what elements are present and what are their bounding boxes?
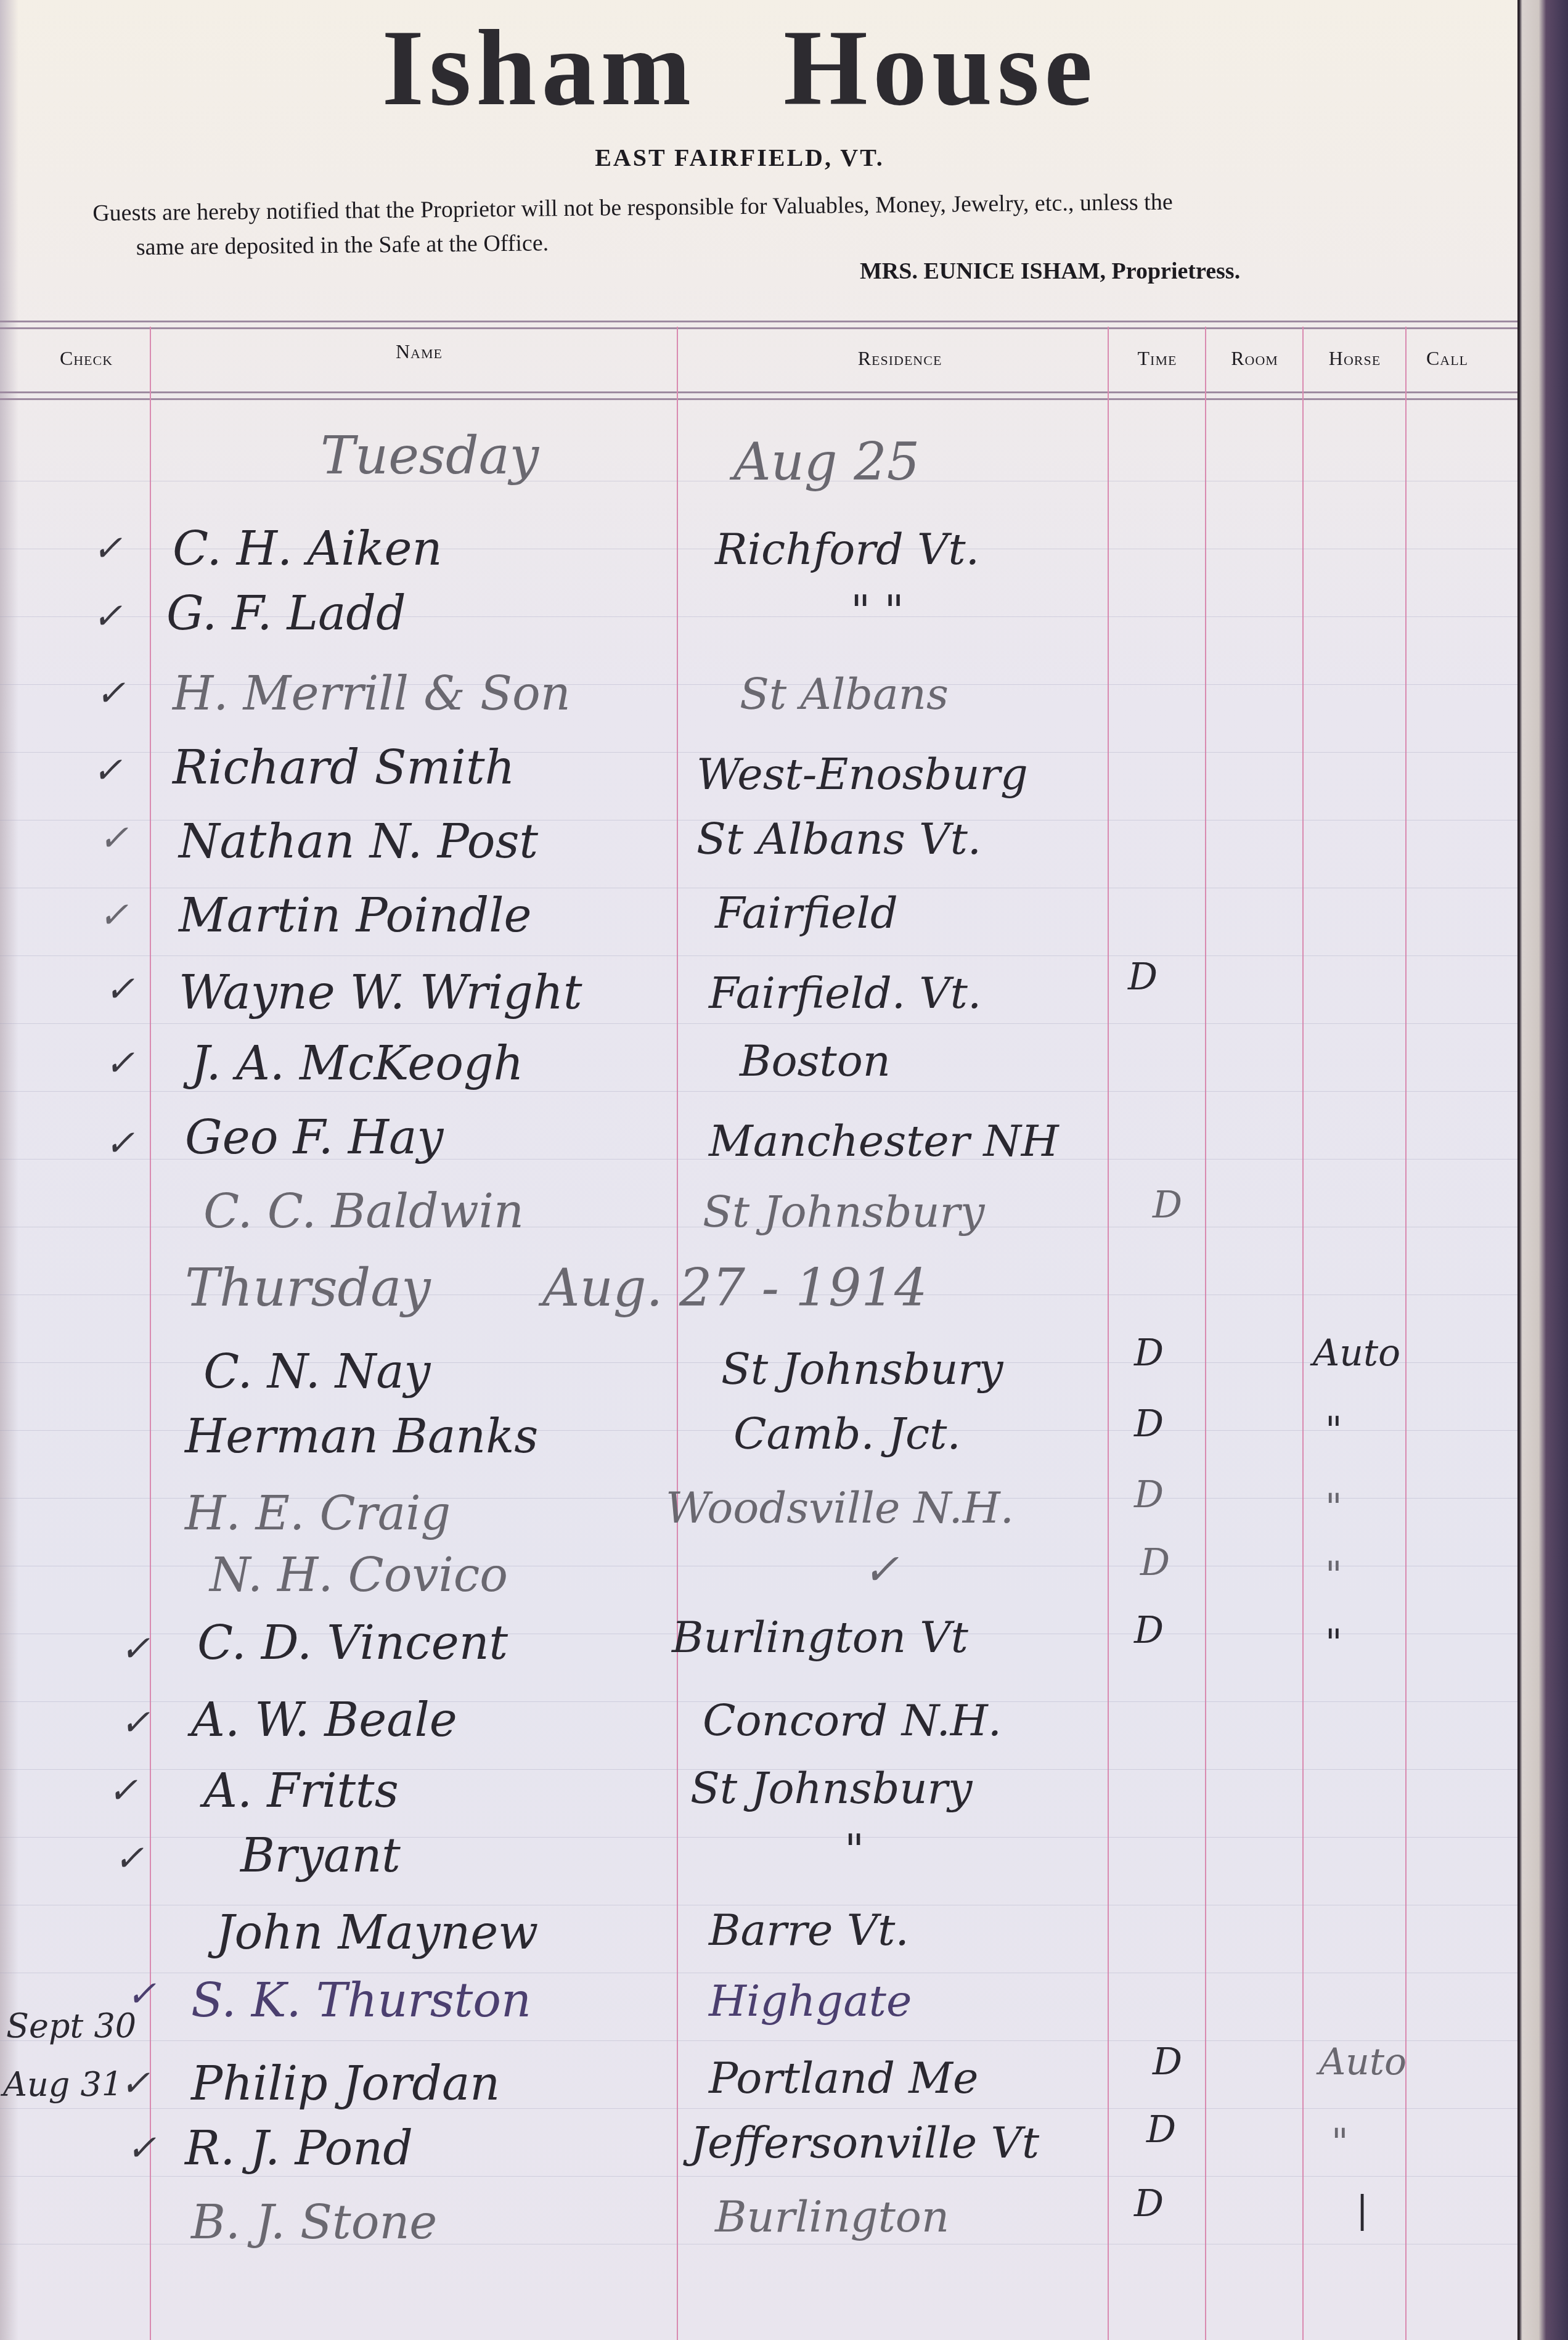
register-page: Isham House EAST FAIRFIELD, VT. Guests a… [0, 0, 1522, 2340]
guest-time: D [1134, 1609, 1164, 1652]
check-mark: ✓ [105, 1122, 135, 1164]
guest-name: C. N. Nay [203, 1344, 430, 1399]
ruled-line [0, 1837, 1519, 1838]
date-heading-day: Thursday [185, 1258, 431, 1318]
check-mark: ✓ [120, 1701, 150, 1743]
column-header-horse: Horse [1304, 347, 1405, 370]
guest-name: Philip Jordan [191, 2056, 500, 2111]
margin-note-sept: Sept 30 [6, 2007, 136, 2045]
check-mark: ✓ [108, 1769, 138, 1811]
guest-name: J. A. McKeogh [191, 1036, 524, 1090]
date-heading-date: Aug 25 [733, 432, 920, 492]
guest-name: C. D. Vincent [197, 1615, 508, 1670]
guest-time: D [1140, 1541, 1170, 1584]
check-mark: ✓ [96, 672, 126, 714]
guest-time: D [1134, 1332, 1164, 1375]
guest-residence: St Johnsbury [703, 1187, 985, 1237]
check-mark: ✓ [92, 527, 123, 569]
ruled-line [0, 2040, 1519, 2041]
guest-name: Richard Smith [173, 740, 515, 795]
guest-call: " [1325, 1486, 1342, 1529]
guest-name: H. Merrill & Son [173, 666, 571, 721]
date-heading-day: Tuesday [321, 425, 539, 486]
guest-residence: Manchester NH [709, 1116, 1059, 1166]
ruled-line [0, 955, 1519, 956]
guest-call: " [1325, 1409, 1342, 1452]
guest-call: Auto [1319, 2040, 1407, 2084]
guest-name: S. K. Thurston [191, 1973, 531, 2027]
guest-residence: Fairfield [715, 888, 898, 938]
guest-name: Bryant [240, 1828, 401, 1883]
guest-time: D [1146, 2108, 1176, 2151]
guest-residence: St Johnsbury [721, 1344, 1003, 1394]
col-divider-residence [1108, 327, 1109, 2340]
guest-time: D [1128, 955, 1158, 999]
guest-name: Geo F. Hay [185, 1110, 443, 1164]
guest-name: A. Fritts [203, 1763, 399, 1818]
guest-residence: St Albans Vt. [696, 814, 981, 864]
guest-residence: " " [851, 586, 904, 636]
guest-residence: West-Enosburg [696, 749, 1028, 800]
guest-call: " [1325, 1621, 1342, 1664]
margin-note-aug: Aug 31 [3, 2065, 123, 2104]
liability-notice: Guests are hereby notified that the Prop… [92, 182, 1418, 265]
col-divider-room [1302, 327, 1304, 2340]
guest-call: Auto [1313, 1332, 1400, 1375]
guest-name: B. J. Stone [191, 2195, 437, 2249]
column-header-time: Time [1109, 347, 1205, 370]
guest-time: D [1153, 1184, 1182, 1227]
notice-line-1: Guests are hereby notified that the Prop… [92, 189, 1173, 226]
proprietor-role: Proprietress. [1112, 258, 1241, 284]
guest-name: Herman Banks [185, 1409, 538, 1463]
guest-time: D [1153, 2040, 1182, 2084]
guest-residence: St Johnsbury [690, 1763, 973, 1814]
column-header-name: Name [345, 340, 493, 363]
col-divider-horse [1405, 327, 1407, 2340]
guest-name: Wayne W. Wright [179, 965, 582, 1020]
guest-name: John Maynew [216, 1905, 538, 1960]
ruled-line [0, 1091, 1519, 1092]
guest-residence: Burlington [715, 2191, 949, 2242]
guest-name: N. H. Covico [210, 1547, 508, 1602]
guest-residence: Barre Vt. [709, 1905, 909, 1955]
guest-residence: ✓ [863, 1544, 899, 1595]
header-rule-top [0, 321, 1519, 329]
guest-time: D [1134, 1473, 1164, 1516]
guest-name: Nathan N. Post [179, 814, 538, 869]
column-header-residence: Residence [801, 347, 998, 370]
guest-residence: Burlington Vt [672, 1612, 968, 1663]
ruled-line [0, 1023, 1519, 1024]
column-header-call: Call [1407, 347, 1487, 370]
guest-name: C. H. Aiken [173, 521, 443, 576]
check-mark: ✓ [120, 2062, 150, 2104]
proprietor-name: MRS. EUNICE ISHAM, [860, 258, 1106, 284]
guest-time: D [1134, 1402, 1164, 1446]
check-mark: ✓ [99, 817, 129, 859]
check-mark: ✓ [99, 894, 129, 936]
guest-residence: Portland Me [709, 2053, 978, 2103]
check-mark: ✓ [92, 595, 123, 637]
date-heading-date: Aug. 27 - 1914 [542, 1258, 927, 1318]
check-mark: ✓ [126, 2127, 157, 2169]
guest-residence: Highgate [709, 1976, 912, 2026]
guest-residence: Fairfield. Vt. [709, 968, 981, 1018]
guest-name: C. C. Baldwin [203, 1184, 524, 1238]
guest-call: | [1356, 2188, 1368, 2232]
guest-residence: Jeffersonville Vt [690, 2117, 1039, 2168]
guest-name: H. E. Craig [185, 1486, 451, 1540]
hotel-location: EAST FAIRFIELD, VT. [0, 143, 1479, 172]
guest-name: G. F. Ladd [166, 586, 406, 640]
guest-residence: Richford Vt. [715, 524, 979, 575]
check-mark: ✓ [114, 1837, 144, 1879]
column-header-check: Check [49, 347, 123, 370]
guest-residence: Woodsville N.H. [666, 1483, 1014, 1533]
col-divider-time [1205, 327, 1206, 2340]
check-mark: ✓ [105, 1042, 135, 1084]
col-divider-check [150, 327, 151, 2340]
page-shadow [0, 0, 18, 2340]
check-mark: ✓ [120, 1627, 150, 1669]
guest-name: A. W. Beale [191, 1692, 457, 1747]
ruled-line [0, 2176, 1519, 2177]
guest-time: D [1134, 2182, 1164, 2225]
column-header-room: Room [1207, 347, 1302, 370]
header-rule-bottom [0, 391, 1519, 400]
hotel-title: Isham House [0, 6, 1479, 131]
check-mark: ✓ [105, 968, 135, 1010]
guest-name: R. J. Pond [185, 2121, 413, 2175]
guest-residence: St Albans [740, 669, 949, 719]
col-divider-name [677, 327, 678, 2340]
guest-call: " [1325, 1553, 1342, 1597]
guest-residence: Concord N.H. [703, 1695, 1002, 1746]
guest-call: " [1331, 2121, 1349, 2164]
guest-residence: " [844, 1825, 864, 1875]
proprietor-signature: MRS. EUNICE ISHAM, Proprietress. [860, 258, 1240, 285]
book-binding [1519, 0, 1568, 2340]
guest-name: Martin Poindle [179, 888, 531, 943]
guest-residence: Boston [740, 1036, 891, 1086]
check-mark: ✓ [92, 749, 123, 791]
guest-residence: Camb. Jct. [733, 1409, 961, 1459]
